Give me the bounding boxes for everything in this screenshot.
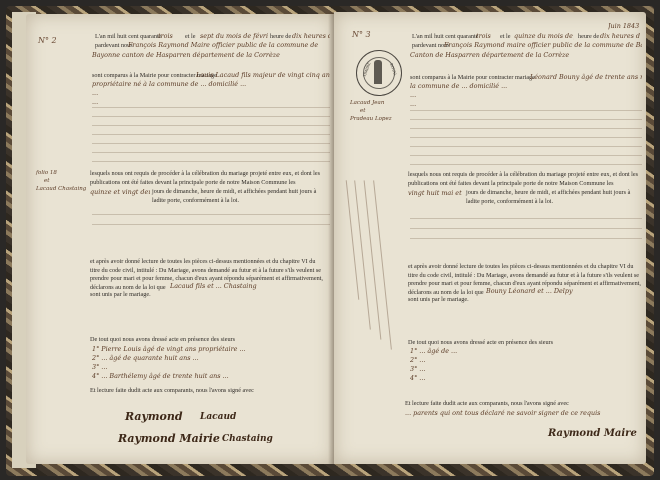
stamp-figure-icon [374, 60, 382, 84]
ruled-line [92, 214, 330, 215]
right-reading-print-2: sont unis par le mariage. [408, 296, 469, 305]
right-margin-note-3: Pradeau Lopez [350, 116, 392, 123]
left-closing-print: Et lecture faite dudit acte aux comparan… [90, 387, 254, 396]
right-groom-hand: Léonard Bouny âgé de trente ans né à [530, 73, 642, 82]
right-witness-1: 1° ... âgé de ... [410, 347, 642, 356]
left-margin-note-2: et [44, 178, 49, 185]
ruled-line [410, 164, 642, 165]
right-closing-hand: ... parents qui ont tous déclaré ne savo… [405, 409, 643, 418]
left-header-date-hand: sept du mois de février [200, 32, 268, 41]
right-acte-number: N° 3 [352, 30, 371, 39]
right-margin-note-2: et [360, 108, 365, 115]
ruled-line [92, 224, 330, 225]
right-margin-note-1: Lacaud Jean [350, 100, 384, 107]
ruled-line [92, 152, 330, 153]
left-reading-print-2: sont unis par le mariage. [90, 291, 151, 300]
right-compared-hand-2: la commune de ... domicilié ... [410, 82, 642, 91]
left-groom-hand: Louis Lacaud fils majeur de vingt cinq a… [196, 71, 330, 80]
left-officer-hand: François Raymond Maire officier public d… [128, 41, 330, 50]
right-signature-1: Raymond Maire [548, 428, 637, 439]
right-compared-hand-3: ... [410, 91, 642, 100]
left-header-print-4: pardevant nous [95, 42, 133, 51]
left-witness-1: 1° Pierre Louis âgé de vingt ans proprié… [92, 345, 328, 354]
royal-stamp: TIMBRE ROYAL [356, 50, 402, 96]
right-publication-hand: vingt huit mai et quatre juin courant [408, 189, 463, 198]
right-witness-3: 3° ... [410, 365, 642, 374]
right-witness-4: 4° ... [410, 374, 642, 383]
left-signature-4: Chastaing [222, 434, 273, 444]
left-witness-3: 3° ... [92, 363, 328, 372]
ruled-line [92, 143, 330, 144]
left-acte-number: N° 2 [38, 36, 57, 45]
right-closing-print: Et lecture faite dudit acte aux comparan… [405, 400, 569, 409]
left-publication-print-2: jours de dimanche, heure de midi, et aff… [152, 188, 328, 205]
left-witnesses-print: De tout quoi nous avons dressé acte en p… [90, 336, 235, 345]
left-signature-2: Lacaud [200, 412, 236, 422]
ruled-line [92, 107, 330, 108]
right-header-year-hand: trois [476, 32, 496, 41]
left-signature-3: Raymond Mairie [118, 432, 220, 445]
ruled-line [410, 119, 642, 120]
ruled-line [410, 228, 642, 229]
right-spouses-hand: Bouny Léonard et ... Delpy [486, 287, 606, 296]
ruled-line [410, 137, 642, 138]
left-signature-1: Raymond [125, 410, 183, 423]
right-header-hour-hand: dix heures du matin [600, 32, 640, 41]
left-publication-print: lesquels nous ont requis de procéder à l… [90, 170, 326, 187]
ruled-line [92, 134, 330, 135]
left-publication-hand: quinze et vingt deux janvier dernier [90, 188, 150, 197]
left-compared-hand-4: ... [92, 98, 330, 107]
left-spouses-hand: Lacaud fils et ... Chastaing [170, 282, 320, 291]
right-commune-hand: Canton de Hasparren département de la Co… [410, 51, 642, 60]
left-header-hour-hand: dix heures du matin [292, 32, 330, 41]
ruled-line [92, 116, 330, 117]
left-compared-hand-2: propriétaire né à la commune de ... domi… [92, 80, 330, 89]
ruled-line [410, 155, 642, 156]
left-margin-note-3: Lacaud Chastaing [36, 186, 86, 193]
right-publication-print: lesquels nous ont requis de procéder à l… [408, 171, 644, 188]
left-witness-2: 2° ... âgé de quarante huit ans ... [92, 354, 328, 363]
left-commune-hand: Bayonne canton de Hasparren département … [92, 51, 330, 60]
right-header-date-hand: quinze du mois de juin [514, 32, 574, 41]
right-compared-hand-4: ... [410, 100, 642, 109]
right-witness-2: 2° ... [410, 356, 642, 365]
right-corner-note: Juin 1843 [608, 22, 648, 31]
ruled-line [92, 161, 330, 162]
right-publication-print-2: jours de dimanche, heure de midi, et aff… [466, 189, 644, 206]
left-witness-4: 4° ... Barthélemy âgé de trente huit ans… [92, 372, 328, 381]
ruled-line [410, 110, 642, 111]
ruled-line [410, 128, 642, 129]
left-header-year-hand: trois [158, 32, 180, 41]
left-compared-hand-3: ... [92, 89, 330, 98]
ruled-line [92, 125, 330, 126]
ruled-line [410, 218, 642, 219]
ruled-line [410, 146, 642, 147]
right-officer-hand: François Raymond maire officier public d… [444, 41, 642, 50]
ruled-line [410, 238, 642, 239]
left-margin-note-1: folio 18 [36, 170, 57, 177]
